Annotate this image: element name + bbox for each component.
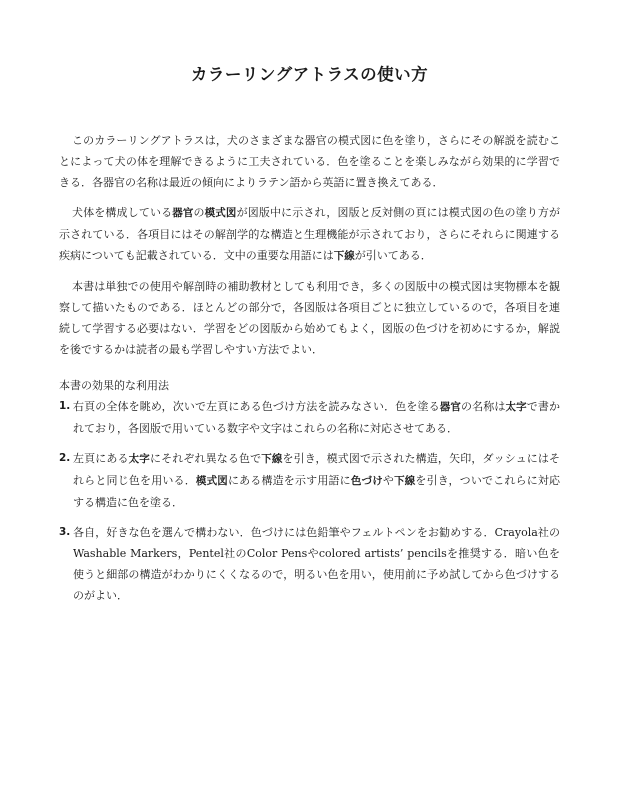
bold-term: 太字 <box>506 401 527 413</box>
text-run: 右頁の全体を眺め，次いで左頁にある色づけ方法を読みなさい．色を塗る <box>73 400 440 413</box>
list-item-number: 2. <box>59 448 70 469</box>
text-run: や <box>383 474 394 487</box>
document-page: カラーリングアトラスの使い方 このカラーリングアトラスは，犬のさまざまな器官の模… <box>0 0 619 801</box>
bold-term: 模式図 <box>196 475 228 487</box>
text-run: にそれぞれ異なる色で <box>150 452 261 465</box>
text-run: の名称は <box>461 400 506 413</box>
text-run: 左頁にある <box>73 452 129 465</box>
bold-term: 器官 <box>440 401 461 413</box>
page-title: カラーリングアトラスの使い方 <box>59 62 560 88</box>
list-item-number: 1. <box>59 396 70 417</box>
text-run: 各自，好きな色を選んで構わない．色づけには色鉛筆やフェルトペンをお勧めする．Cr… <box>73 526 560 602</box>
section-heading: 本書の効果的な利用法 <box>59 375 560 396</box>
bold-term: 模式図 <box>205 207 237 219</box>
text-run: にある構造を示す用語に <box>228 474 351 487</box>
intro-paragraphs: このカラーリングアトラスは，犬のさまざまな器官の模式図に色を塗り，さらにその解説… <box>59 130 560 360</box>
text-run: 犬体を構成している <box>72 206 172 219</box>
bold-term: 下線 <box>261 453 282 465</box>
paragraph: このカラーリングアトラスは，犬のさまざまな器官の模式図に色を塗り，さらにその解説… <box>59 130 560 193</box>
list-item-text: 各自，好きな色を選んで構わない．色づけには色鉛筆やフェルトペンをお勧めする．Cr… <box>73 526 560 602</box>
bold-term: 下線 <box>394 475 415 487</box>
list-item-text: 左頁にある太字にそれぞれ異なる色で下線を引き，模式図で示された構造，矢印，ダッシ… <box>73 452 560 509</box>
text-run: の <box>194 206 205 219</box>
bold-term: 色づけ <box>351 475 383 487</box>
bold-term: 器官 <box>172 207 193 219</box>
list-item-text: 右頁の全体を眺め，次いで左頁にある色づけ方法を読みなさい．色を塗る器官の名称は太… <box>73 400 560 435</box>
list-item: 2.左頁にある太字にそれぞれ異なる色で下線を引き，模式図で示された構造，矢印，ダ… <box>59 448 560 513</box>
bold-term: 下線 <box>334 250 355 262</box>
list-item: 1.右頁の全体を眺め，次いで左頁にある色づけ方法を読みなさい．色を塗る器官の名称… <box>59 396 560 439</box>
usage-list: 1.右頁の全体を眺め，次いで左頁にある色づけ方法を読みなさい．色を塗る器官の名称… <box>59 396 560 606</box>
list-item-number: 3. <box>59 522 70 543</box>
paragraph: 本書は単独での使用や解剖時の補助教材としても利用でき，多くの図版中の模式図は実物… <box>59 276 560 360</box>
paragraph: 犬体を構成している器官の模式図が図版中に示され，図版と反対側の頁には模式図の色の… <box>59 202 560 267</box>
text-run: このカラーリングアトラスは，犬のさまざまな器官の模式図に色を塗り，さらにその解説… <box>59 134 560 189</box>
bold-term: 太字 <box>129 453 150 465</box>
list-item: 3.各自，好きな色を選んで構わない．色づけには色鉛筆やフェルトペンをお勧めする．… <box>59 522 560 606</box>
text-run: 本書は単独での使用や解剖時の補助教材としても利用でき，多くの図版中の模式図は実物… <box>59 280 560 356</box>
text-run: が引いてある． <box>355 249 432 262</box>
